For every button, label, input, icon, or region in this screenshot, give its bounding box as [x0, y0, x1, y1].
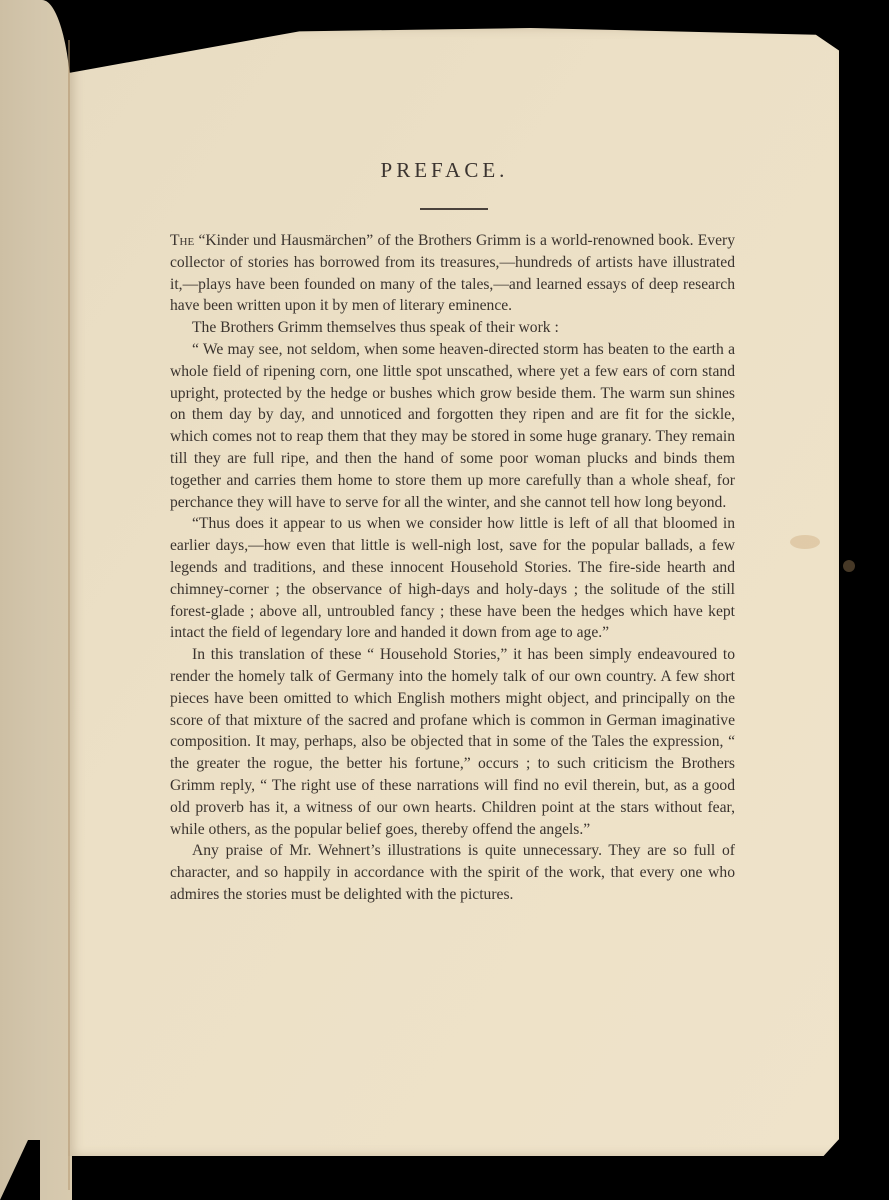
page-title: PREFACE.: [0, 158, 889, 183]
foxing-stain: [843, 560, 855, 572]
paragraph-5: In this translation of these “ Household…: [170, 644, 735, 840]
page-fold: [68, 40, 70, 1190]
paragraph-text: “Kinder und Hausmärchen” of the Brothers…: [170, 232, 735, 314]
paragraph-4: “Thus does it appear to us when we consi…: [170, 513, 735, 644]
foxing-stain: [790, 535, 820, 549]
preface-body: The “Kinder und Hausmärchen” of the Brot…: [170, 230, 735, 906]
paragraph-1: The “Kinder und Hausmärchen” of the Brot…: [170, 230, 735, 317]
paragraph-3: “ We may see, not seldom, when some heav…: [170, 339, 735, 513]
title-rule: [420, 208, 488, 210]
paragraph-lead: The: [170, 232, 194, 249]
paragraph-6: Any praise of Mr. Wehnert’s illustration…: [170, 840, 735, 905]
paragraph-2: The Brothers Grimm themselves thus speak…: [170, 317, 735, 339]
